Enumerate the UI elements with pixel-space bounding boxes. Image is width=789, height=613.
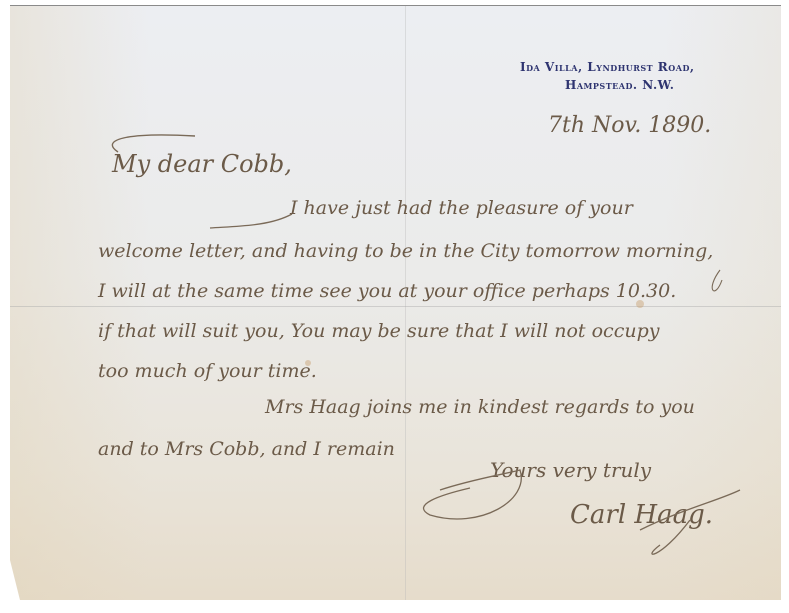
- body-line-6: Mrs Haag joins me in kindest regards to …: [265, 396, 695, 418]
- body-line-5: too much of your time.: [98, 360, 317, 382]
- body-line-7: and to Mrs Cobb, and I remain: [98, 438, 395, 460]
- vertical-fold-line: [405, 6, 406, 600]
- body-line-3: I will at the same time see you at your …: [98, 280, 676, 302]
- horizontal-fold-line: [10, 306, 781, 307]
- body-line-4: if that will suit you, You may be sure t…: [98, 320, 659, 342]
- letter-date: 7th Nov. 1890.: [548, 113, 711, 138]
- salutation: My dear Cobb,: [112, 150, 292, 178]
- letterhead-address-line-1: Ida Villa, Lyndhurst Road,: [520, 60, 695, 74]
- closing: Yours very truly: [490, 458, 651, 482]
- letterhead-address-line-2: Hampstead. N.W.: [565, 78, 674, 92]
- body-line-2: welcome letter, and having to be in the …: [98, 240, 713, 262]
- body-line-1: I have just had the pleasure of your: [290, 197, 633, 219]
- signature: Carl Haag.: [570, 500, 713, 530]
